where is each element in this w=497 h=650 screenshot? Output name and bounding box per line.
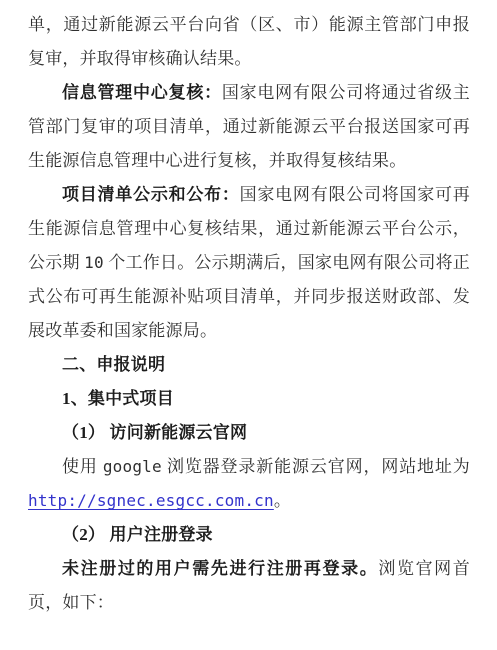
text-run: 浏览器登录新能源云官网，网站地址为 (162, 457, 470, 476)
paragraph: 信息管理中心复核：国家电网有限公司将通过省级主管部门复审的项目清单，通过新能源云… (28, 76, 470, 178)
bold-text-run: （1） 访问新能源云官网 (62, 423, 247, 442)
text-run: google (103, 457, 162, 476)
heading: （1） 访问新能源云官网 (28, 416, 470, 450)
bold-text-run: 1、集中式项目 (62, 389, 174, 408)
text-run: 。 (274, 491, 291, 510)
text-run: 单，通过新能源云平台向省（区、市）能源主管部门申报复审，并取得审核确认结果。 (28, 15, 470, 68)
text-run: 10 (84, 253, 104, 272)
paragraph: 单，通过新能源云平台向省（区、市）能源主管部门申报复审，并取得审核确认结果。 (28, 8, 470, 76)
paragraph: 未注册过的用户需先进行注册再登录。浏览官网首页，如下： (28, 552, 470, 620)
text-run: 使用 (62, 457, 103, 476)
bold-text-run: 未注册过的用户需先进行注册再登录。 (62, 559, 378, 578)
official-site-link[interactable]: http://sgnec.esgcc.com.cn (28, 491, 274, 510)
bold-text-run: （2） 用户注册登录 (62, 525, 213, 544)
bold-text-run: 信息管理中心复核： (62, 83, 222, 102)
bold-text-run: 项目清单公示和公布： (62, 185, 240, 204)
paragraph: 使用 google 浏览器登录新能源云官网，网站地址为http://sgnec.… (28, 450, 470, 518)
heading: 二、申报说明 (28, 348, 470, 382)
document-body: 单，通过新能源云平台向省（区、市）能源主管部门申报复审，并取得审核确认结果。信息… (28, 8, 470, 620)
bold-text-run: 二、申报说明 (62, 355, 165, 374)
heading: 1、集中式项目 (28, 382, 470, 416)
paragraph: 项目清单公示和公布：国家电网有限公司将国家可再生能源信息管理中心复核结果，通过新… (28, 178, 470, 348)
heading: （2） 用户注册登录 (28, 518, 470, 552)
document-page: 单，通过新能源云平台向省（区、市）能源主管部门申报复审，并取得审核确认结果。信息… (0, 0, 497, 650)
